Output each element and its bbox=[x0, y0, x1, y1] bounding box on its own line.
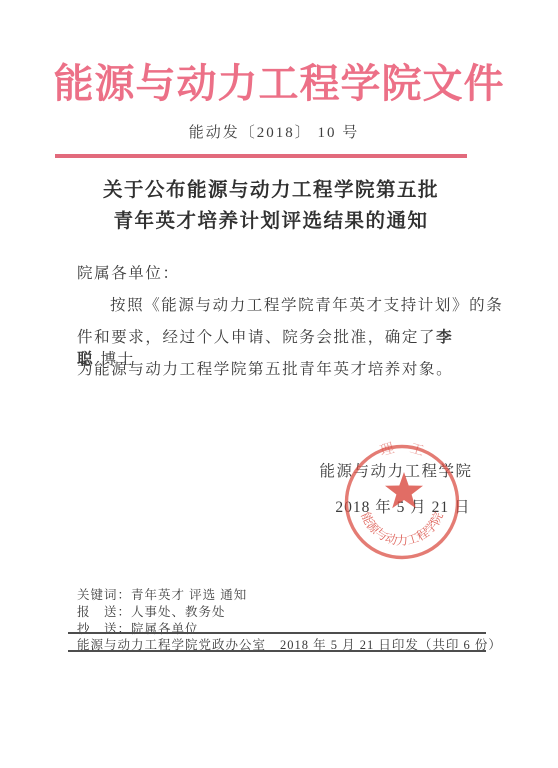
body-line-2-text: 件和要求，经过个人申请、院务会批准，确定了 bbox=[77, 329, 436, 346]
body-line-1: 按照《能源与动力工程学院青年英才支持计划》的条 bbox=[77, 293, 516, 315]
signature-org: 能源与动力工程学院 bbox=[316, 459, 476, 481]
keywords-value: 青年英才 评选 通知 bbox=[131, 588, 247, 602]
salutation: 院属各单位： bbox=[77, 261, 483, 283]
seal-top-text: 理 工 bbox=[378, 439, 426, 459]
footer-keywords-row: 关键词：青年英才 评选 通知 bbox=[77, 585, 497, 603]
red-letterhead-title: 能源与动力工程学院文件 bbox=[0, 52, 558, 109]
notice-title-line2: 青年英才培养计划评选结果的通知 bbox=[0, 205, 542, 233]
body-line-3: 为能源与动力工程学院第五批青年英才培养对象。 bbox=[77, 357, 483, 379]
footer-divider-top bbox=[68, 632, 486, 634]
copy-value: 院属各单位 bbox=[131, 622, 199, 636]
document-number: 能动发〔2018〕 10 号 bbox=[0, 121, 548, 142]
signature-date: 2018 年 5 月 21 日 bbox=[323, 495, 483, 517]
copy-label: 抄 送： bbox=[77, 622, 131, 636]
footer-divider-bottom bbox=[68, 650, 486, 652]
footer-report-row: 报 送：人事处、教务处 bbox=[77, 602, 497, 620]
red-divider-line bbox=[55, 154, 467, 158]
notice-title-line1: 关于公布能源与动力工程学院第五批 bbox=[0, 174, 542, 202]
report-value: 人事处、教务处 bbox=[131, 605, 226, 619]
report-label: 报 送： bbox=[77, 605, 131, 619]
document-page: 能源与动力工程学院文件 能动发〔2018〕 10 号 关于公布能源与动力工程学院… bbox=[0, 0, 558, 768]
keywords-label: 关键词： bbox=[77, 588, 131, 602]
